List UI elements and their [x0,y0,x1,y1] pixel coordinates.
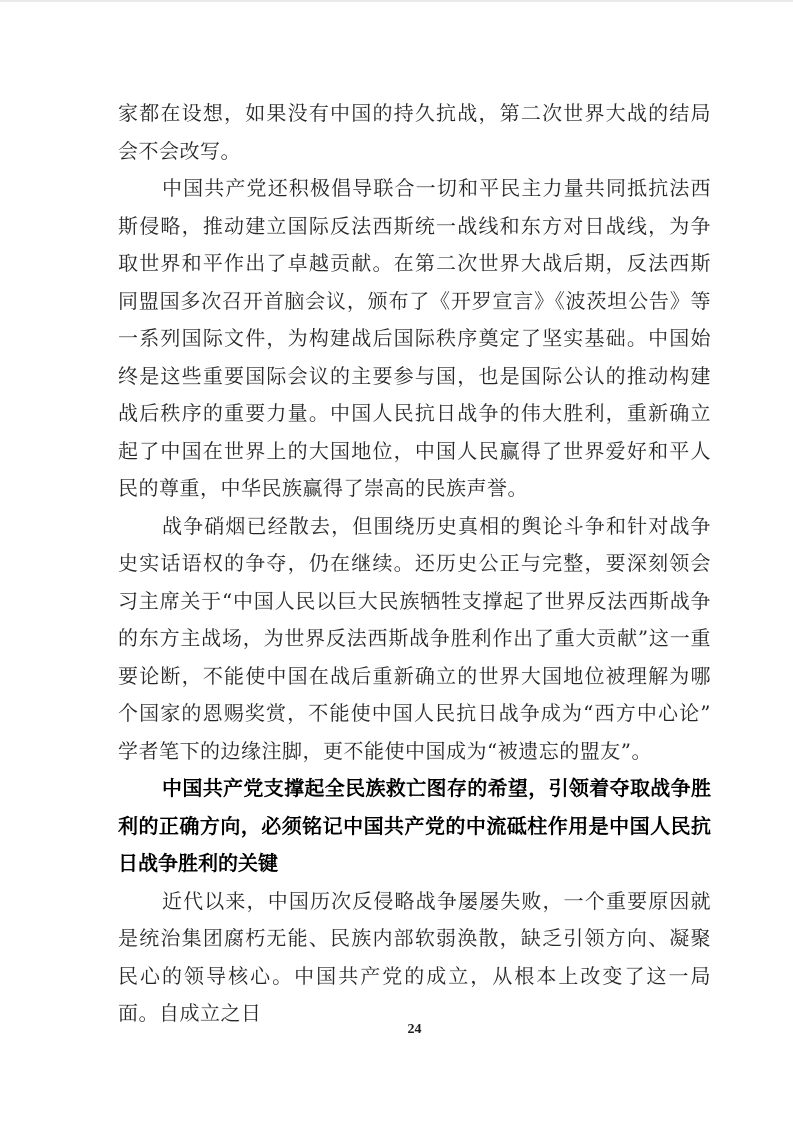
paragraph: 中国共产党还积极倡导联合一切和平民主力量共同抵抗法西斯侵略，推动建立国际反法西斯… [118,170,711,508]
section-heading: 中国共产党支撑起全民族救亡图存的希望，引领着夺取战争胜利的正确方向，必须铭记中国… [118,770,711,883]
page-number: 24 [118,1022,711,1038]
text-block: 家都在设想，如果没有中国的持久抗战，第二次世界大战的结局会不会改写。中国共产党还… [118,95,711,1033]
document-page: 家都在设想，如果没有中国的持久抗战，第二次世界大战的结局会不会改写。中国共产党还… [0,0,793,1122]
paragraph: 战争硝烟已经散去，但围绕历史真相的舆论斗争和针对战争史实话语权的争夺，仍在继续。… [118,508,711,771]
paragraph: 家都在设想，如果没有中国的持久抗战，第二次世界大战的结局会不会改写。 [118,95,711,170]
page-top-edge [0,0,793,2]
paragraph: 近代以来，中国历次反侵略战争屡屡失败，一个重要原因就是统治集团腐朽无能、民族内部… [118,883,711,1033]
